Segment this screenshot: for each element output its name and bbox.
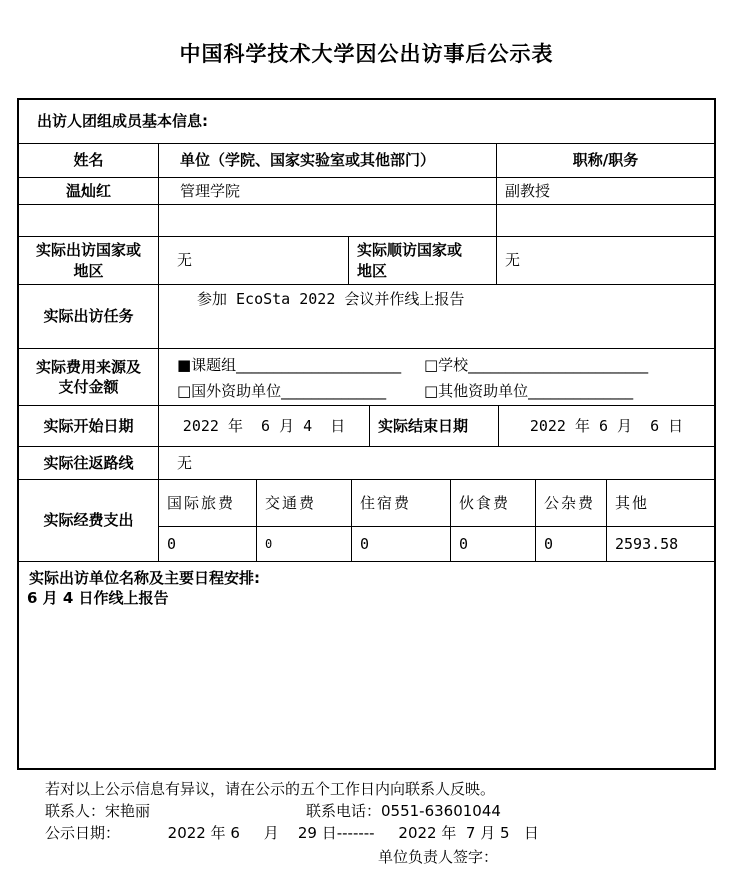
form-table: 出访人团组成员基本信息: 姓名 单位（学院、国家实验室或其他部门） 职称/职务 … (17, 98, 716, 770)
funding-line-1: ■课题组______________________ □学校__________… (177, 352, 714, 378)
expense-header-intl-travel: 国际旅费 (159, 480, 256, 527)
header-name: 姓名 (19, 144, 159, 177)
country-value: 无 (159, 237, 349, 284)
member-unit: 管理学院 (159, 178, 497, 204)
route-label: 实际往返路线 (19, 447, 159, 479)
row-countries: 实际出访国家或 地区 无 实际顺访国家或 地区 无 (19, 237, 714, 285)
funding-options: ■课题组______________________ □学校__________… (159, 349, 714, 405)
end-date-value: 2022 年 6 月 6 日 (499, 406, 714, 446)
schedule-cell: 实际出访单位名称及主要日程安排: 6 月 4 日作线上报告 (19, 562, 714, 772)
row-funding: 实际费用来源及 支付金额 ■课题组______________________ … (19, 349, 714, 406)
contact-person: 联系人：宋艳丽 (45, 800, 306, 822)
footer-notice: 若对以上公示信息有异议，请在公示的五个工作日内向联系人反映。 (0, 778, 733, 800)
row-dates: 实际开始日期 2022 年 6 月 4 日 实际结束日期 2022 年 6 月 … (19, 406, 714, 447)
expense-col-intl-travel: 国际旅费 0 (159, 480, 257, 561)
contact-phone: 联系电话：0551-63601044 (306, 800, 501, 822)
funding-option-school: □学校________________________ (424, 352, 714, 378)
signature-label: 单位负责人签字： (0, 846, 733, 868)
row-member-empty (19, 205, 714, 237)
funding-label: 实际费用来源及 支付金额 (19, 349, 159, 405)
schedule-value: 6 月 4 日作线上报告 (27, 588, 704, 608)
expense-header-other: 其他 (607, 480, 714, 527)
member-position: 副教授 (497, 178, 714, 204)
expense-col-misc: 公杂费 0 (536, 480, 607, 561)
expense-header-transport: 交通费 (257, 480, 351, 527)
empty-unit-cell (159, 205, 497, 236)
schedule-label: 实际出访单位名称及主要日程安排: (29, 568, 704, 588)
expense-header-misc: 公杂费 (536, 480, 606, 527)
row-basic-info: 出访人团组成员基本信息: (19, 100, 714, 144)
side-visit-label: 实际顺访国家或 地区 (349, 237, 497, 284)
side-visit-value: 无 (497, 237, 714, 284)
page-title: 中国科学技术大学因公出访事后公示表 (0, 38, 733, 68)
funding-option-project: ■课题组______________________ (177, 352, 424, 378)
footer-contact-line: 联系人：宋艳丽 联系电话：0551-63601044 (0, 800, 733, 822)
document-page: 中国科学技术大学因公出访事后公示表 出访人团组成员基本信息: 姓名 单位（学院、… (0, 0, 733, 875)
expense-value-meals: 0 (451, 527, 535, 561)
expense-col-lodging: 住宿费 0 (352, 480, 451, 561)
publicity-date-line: 公示日期： 2022 年 6 月 29 日------- 2022 年 7 月 … (0, 822, 733, 844)
expense-col-transport: 交通费 0 (257, 480, 352, 561)
empty-name-cell (19, 205, 159, 236)
empty-position-cell (497, 205, 714, 236)
expense-value-other: 2593.58 (607, 527, 714, 561)
start-date-value: 2022 年 6 月 4 日 (159, 406, 370, 446)
task-label: 实际出访任务 (19, 285, 159, 348)
member-name: 温灿红 (19, 178, 159, 204)
start-date-label: 实际开始日期 (19, 406, 159, 446)
funding-option-other: □其他资助单位______________ (424, 378, 714, 404)
expense-col-other: 其他 2593.58 (607, 480, 714, 561)
header-unit: 单位（学院、国家实验室或其他部门） (159, 144, 497, 177)
row-route: 实际往返路线 无 (19, 447, 714, 480)
header-position: 职称/职务 (497, 144, 714, 177)
funding-option-foreign: □国外资助单位______________ (177, 378, 424, 404)
expense-value-transport: 0 (257, 527, 351, 561)
expense-value-misc: 0 (536, 527, 606, 561)
basic-info-header: 出访人团组成员基本信息: (19, 100, 714, 143)
row-member-values: 温灿红 管理学院 副教授 (19, 178, 714, 205)
row-member-headers: 姓名 单位（学院、国家实验室或其他部门） 职称/职务 (19, 144, 714, 178)
expense-value-lodging: 0 (352, 527, 450, 561)
route-value: 无 (159, 447, 714, 479)
row-schedule: 实际出访单位名称及主要日程安排: 6 月 4 日作线上报告 (19, 562, 714, 772)
country-label: 实际出访国家或 地区 (19, 237, 159, 284)
row-expenses: 实际经费支出 国际旅费 0 交通费 0 住宿费 0 伙食费 0 公杂费 0 (19, 480, 714, 562)
task-value: 参加 EcoSta 2022 会议并作线上报告 (159, 285, 714, 348)
expense-col-meals: 伙食费 0 (451, 480, 536, 561)
footer: 若对以上公示信息有异议，请在公示的五个工作日内向联系人反映。 联系人：宋艳丽 联… (0, 778, 733, 868)
row-task: 实际出访任务 参加 EcoSta 2022 会议并作线上报告 (19, 285, 714, 349)
end-date-label: 实际结束日期 (370, 406, 499, 446)
expense-header-meals: 伙食费 (451, 480, 535, 527)
expenses-label: 实际经费支出 (19, 480, 159, 561)
expense-value-intl-travel: 0 (159, 527, 256, 561)
funding-line-2: □国外资助单位______________ □其他资助单位___________… (177, 378, 714, 404)
expense-header-lodging: 住宿费 (352, 480, 450, 527)
